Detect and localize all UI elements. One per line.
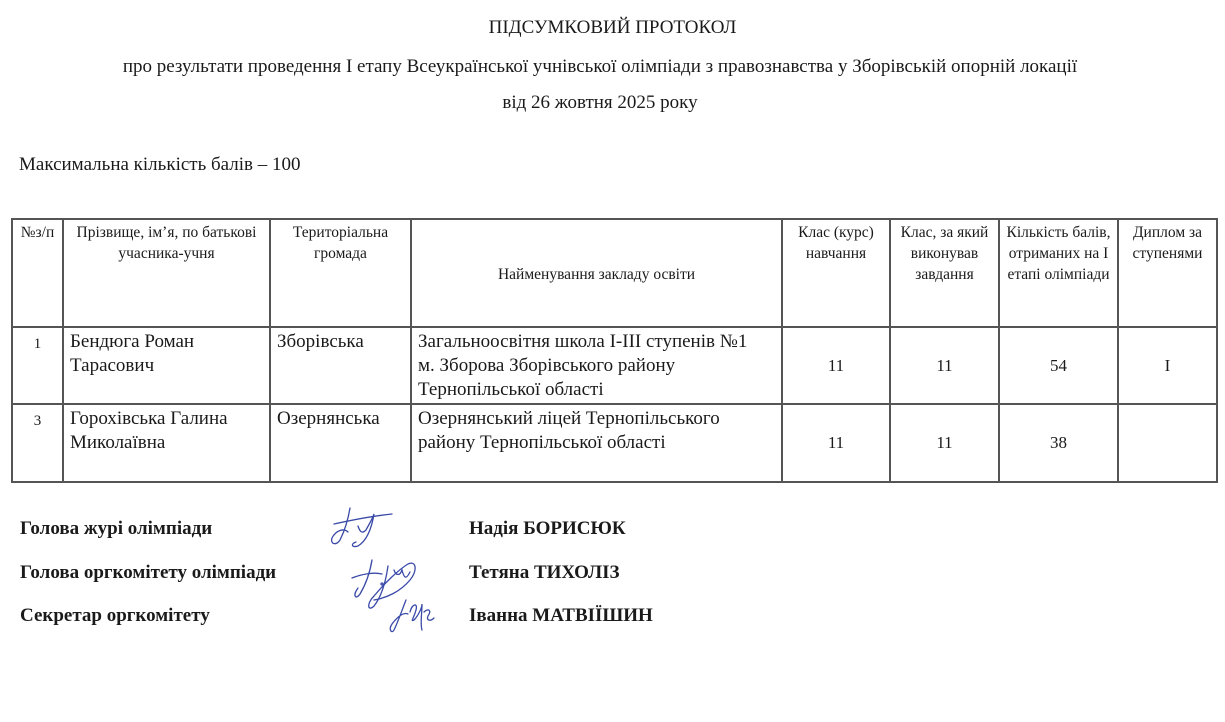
- col-header-score: Кількість балів, отриманих на І етапі ол…: [999, 219, 1118, 327]
- signatory-name-jury-head: Надія БОРИСЮК: [469, 518, 626, 540]
- col-header-number: №з/п: [12, 219, 63, 327]
- table-row: 1 Бендюга Роман Тарасович Зборівська Заг…: [12, 327, 1217, 404]
- cell-task-grade: 11: [890, 404, 999, 482]
- cell-community: Зборівська: [270, 327, 411, 404]
- col-header-diploma: Диплом за ступенями: [1118, 219, 1217, 327]
- col-header-school: Найменування закладу освіти: [411, 219, 782, 327]
- cell-number: 3: [12, 404, 63, 482]
- cell-number: 1: [12, 327, 63, 404]
- col-header-name: Прізвище, ім’я, по батькові учасника-учн…: [63, 219, 270, 327]
- signatory-role-secretary: Секретар оргкомітету: [20, 605, 210, 627]
- signature-secretary-icon: [390, 600, 434, 632]
- signatory-name-secretary: Іванна МАТВІЇШИН: [469, 605, 653, 627]
- signatory-name-committee-head: Тетяна ТИХОЛІЗ: [469, 562, 620, 584]
- table-row: 3 Горохівська Галина Миколаївна Озернянс…: [12, 404, 1217, 482]
- cell-score: 38: [999, 404, 1118, 482]
- cell-name: Горохівська Галина Миколаївна: [63, 404, 270, 482]
- document-title: ПІДСУМКОВИЙ ПРОТОКОЛ: [0, 17, 1225, 39]
- handwritten-signatures: [322, 500, 452, 640]
- table-header-row: №з/п Прізвище, ім’я, по батькові учасник…: [12, 219, 1217, 327]
- cell-school: Загальноосвітня школа І-ІІІ ступенів №1 …: [411, 327, 782, 404]
- signatory-role-committee-head: Голова оргкомітету олімпіади: [20, 562, 276, 584]
- col-header-community: Територіальна громада: [270, 219, 411, 327]
- cell-diploma: І: [1118, 327, 1217, 404]
- col-header-task-grade: Клас, за який виконував завдання: [890, 219, 999, 327]
- col-header-grade: Клас (курс) навчання: [782, 219, 890, 327]
- document-subtitle: про результати проведення І етапу Всеукр…: [0, 56, 1200, 78]
- signatory-role-jury-head: Голова журі олімпіади: [20, 518, 212, 540]
- results-table: №з/п Прізвище, ім’я, по батькові учасник…: [11, 218, 1218, 483]
- cell-task-grade: 11: [890, 327, 999, 404]
- cell-grade: 11: [782, 327, 890, 404]
- cell-grade: 11: [782, 404, 890, 482]
- cell-school: Озернянський ліцей Тернопільського район…: [411, 404, 782, 482]
- cell-score: 54: [999, 327, 1118, 404]
- cell-community: Озернянська: [270, 404, 411, 482]
- cell-diploma: [1118, 404, 1217, 482]
- signature-jury-head-icon: [332, 508, 392, 547]
- document-date: від 26 жовтня 2025 року: [0, 92, 1200, 114]
- max-score-note: Максимальна кількість балів – 100: [19, 154, 301, 176]
- cell-name: Бендюга Роман Тарасович: [63, 327, 270, 404]
